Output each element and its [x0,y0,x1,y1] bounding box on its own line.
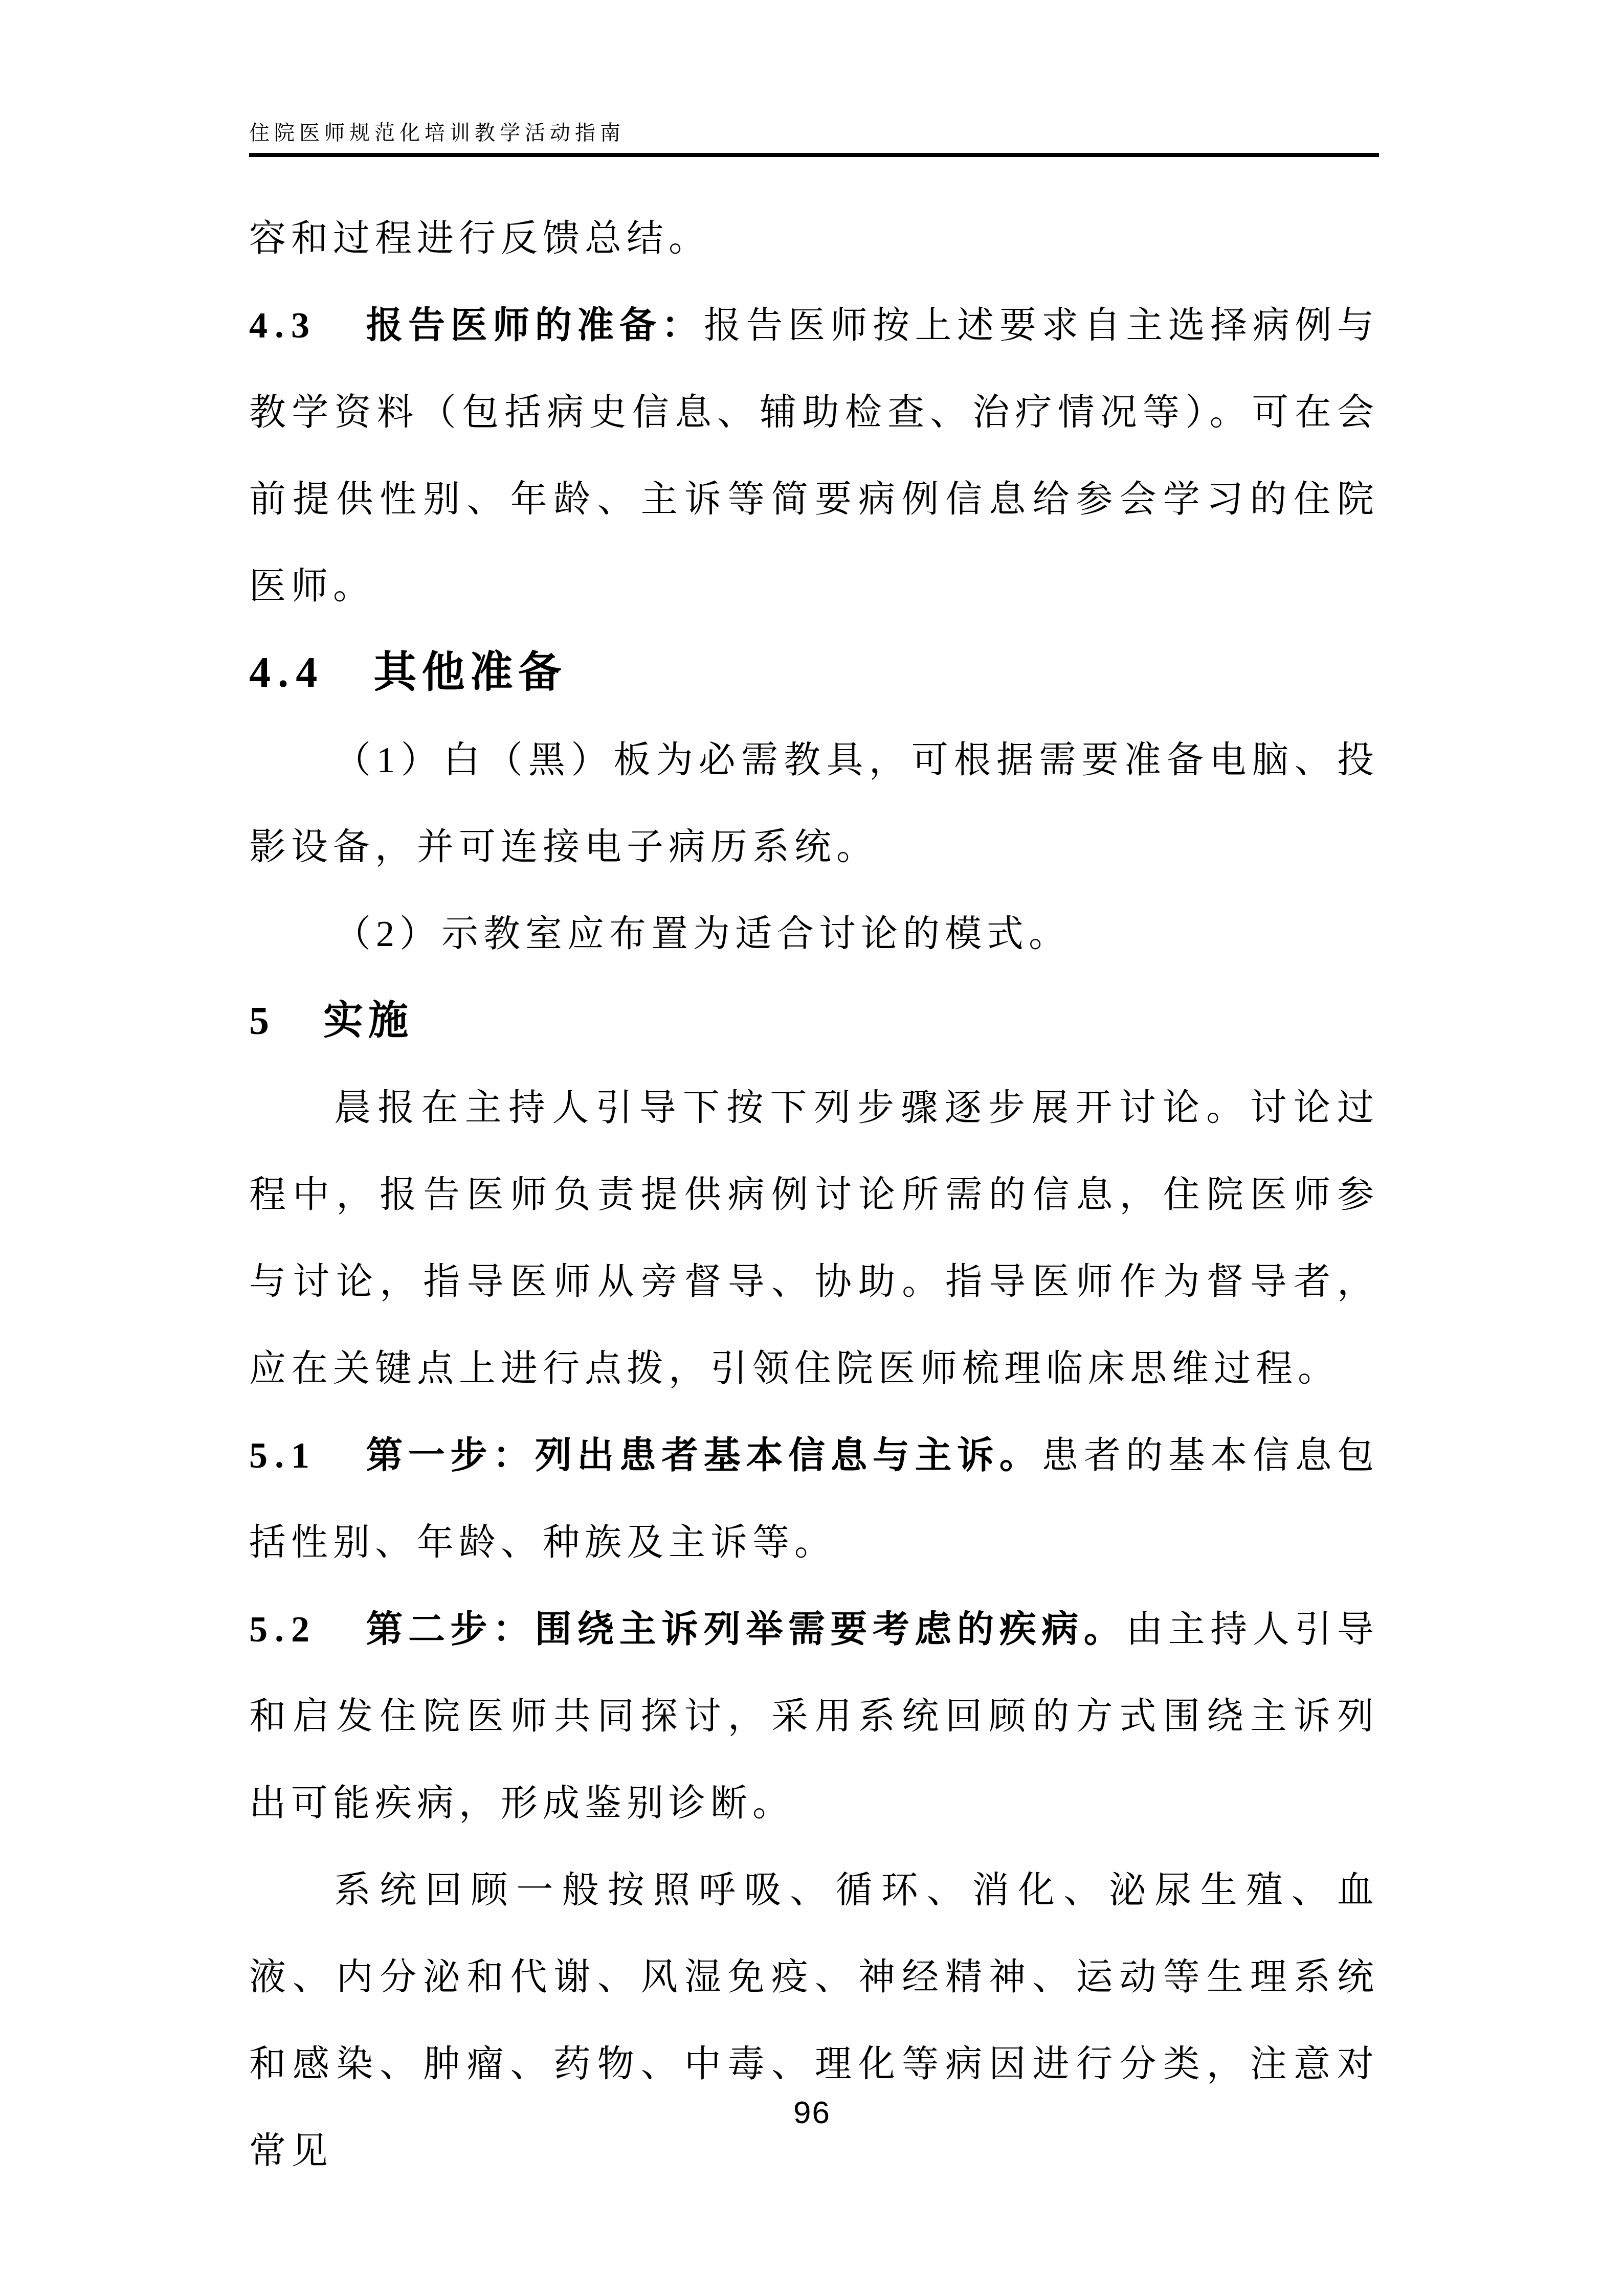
section-5-1-number: 5.1 [249,1435,317,1476]
section-5-title: 实施 [323,998,413,1043]
page-header-title: 住院医师规范化培训教学活动指南 [249,121,625,145]
section-5-2-heading: 第二步：围绕主诉列举需要考虑的疾病。 [366,1609,1126,1650]
section-5-2-number: 5.2 [249,1609,317,1650]
section-4-3-paragraph: 4.3报告医师的准备：报告医师按上述要求自主选择病例与教学资料（包括病史信息、辅… [249,282,1379,629]
header-rule [249,153,1379,157]
paragraph-continuation: 容和过程进行反馈总结。 [249,195,1379,282]
section-4-4-heading: 4.4其他准备 [249,629,1379,716]
section-5-2-paragraph: 5.2第二步：围绕主诉列举需要考虑的疾病。由主持人引导和启发住院医师共同探讨，采… [249,1586,1379,1847]
list-item-1: （1）白（黑）板为必需教具，可根据需要准备电脑、投影设备，并可连接电子病历系统。 [249,716,1379,890]
section-5-number: 5 [249,998,276,1043]
section-4-3-number: 4.3 [249,305,317,346]
section-4-4-number: 4.4 [249,649,324,696]
section-4-4-title: 其他准备 [373,649,566,696]
paragraph-system-review: 系统回顾一般按照呼吸、循环、消化、泌尿生殖、血液、内分泌和代谢、风湿免疫、神经精… [249,1847,1379,2194]
section-5-1-heading: 第一步：列出患者基本信息与主诉。 [366,1435,1041,1476]
section-4-3-heading: 报告医师的准备： [366,305,704,346]
page-number: 96 [0,2095,1624,2131]
section-5-heading: 5实施 [249,977,1379,1064]
list-item-2: （2）示教室应布置为适合讨论的模式。 [249,890,1379,977]
document-body: 容和过程进行反馈总结。 4.3报告医师的准备：报告医师按上述要求自主选择病例与教… [249,195,1379,2194]
document-page: 住院医师规范化培训教学活动指南 容和过程进行反馈总结。 4.3报告医师的准备：报… [0,0,1624,2296]
section-5-1-paragraph: 5.1第一步：列出患者基本信息与主诉。患者的基本信息包括性别、年龄、种族及主诉等… [249,1412,1379,1586]
section-4-3-text: 报告医师按上述要求自主选择病例与教学资料（包括病史信息、辅助检查、治疗情况等）。… [249,305,1379,606]
paragraph-implementation: 晨报在主持人引导下按下列步骤逐步展开讨论。讨论过程中，报告医师负责提供病例讨论所… [249,1064,1379,1412]
